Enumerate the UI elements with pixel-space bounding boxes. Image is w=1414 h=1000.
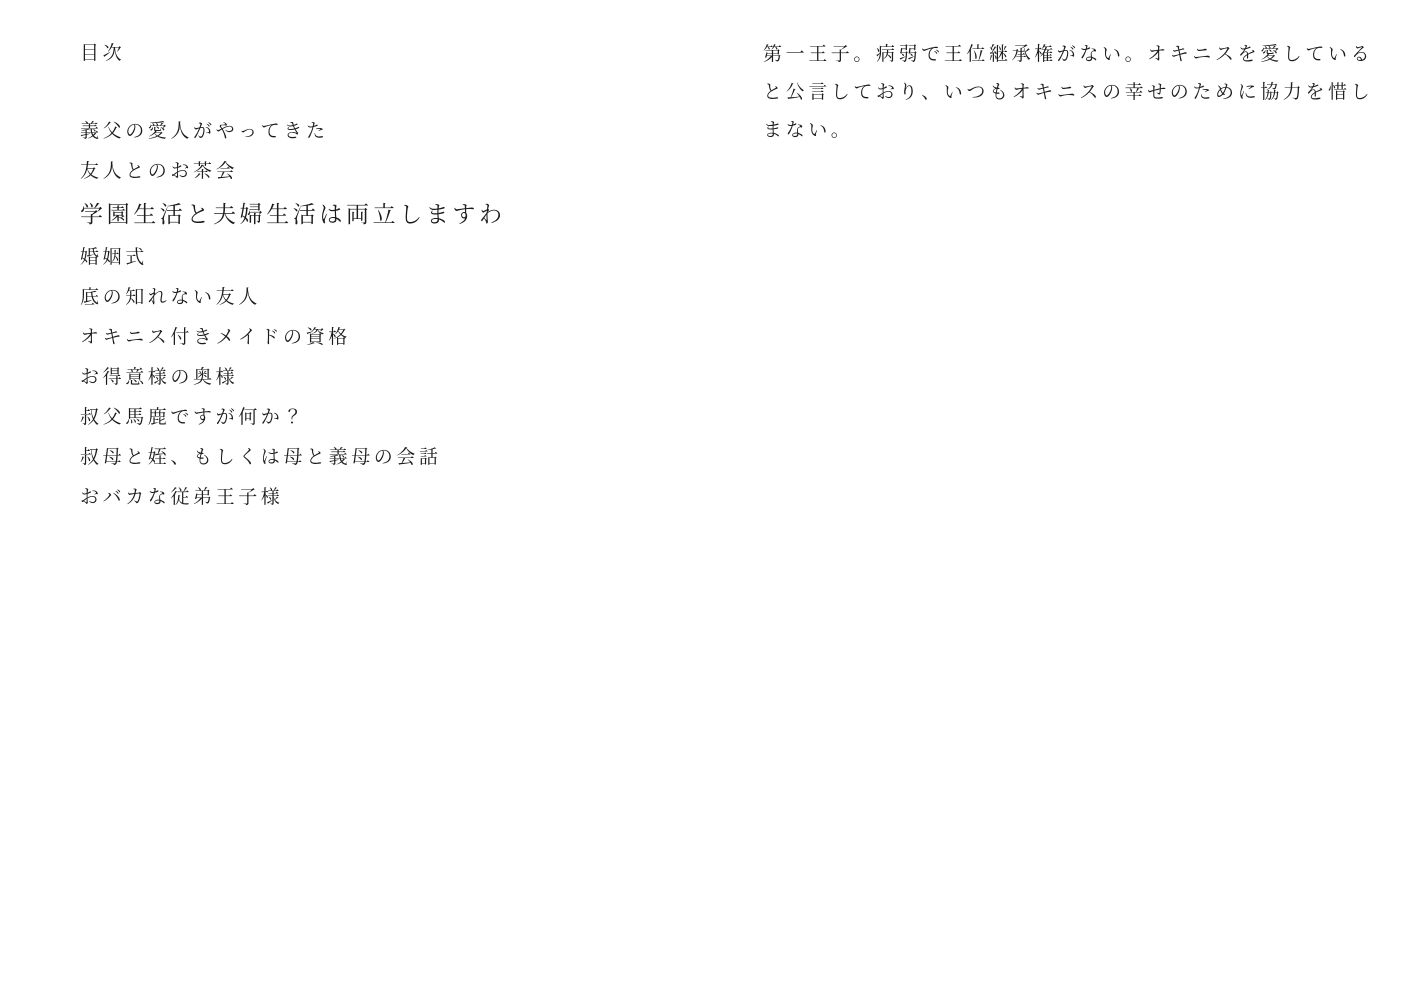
text-line: と公言しており、いつもオキニスの幸せのために協力を惜し: [763, 74, 1388, 112]
toc-list: 義父の愛人がやってきた 友人とのお茶会 学園生活と夫婦生活は両立しますわ 婚姻式…: [80, 112, 506, 518]
toc-item[interactable]: 叔母と姪、もしくは母と義母の会話: [80, 438, 506, 478]
toc-item[interactable]: オキニス付きメイドの資格: [80, 318, 506, 358]
toc-item[interactable]: 友人とのお茶会: [80, 152, 506, 192]
toc-item[interactable]: 婚姻式: [80, 238, 506, 278]
character-description: 第一王子。病弱で王位継承権がない。オキニスを愛している と公言しており、いつもオ…: [763, 36, 1388, 150]
text-line: まない。: [763, 112, 1388, 150]
toc-item-emphasized[interactable]: 学園生活と夫婦生活は両立しますわ: [80, 192, 506, 238]
toc-item[interactable]: お得意様の奥様: [80, 358, 506, 398]
toc-item[interactable]: 底の知れない友人: [80, 278, 506, 318]
text-line: 第一王子。病弱で王位継承権がない。オキニスを愛している: [763, 36, 1388, 74]
toc-item[interactable]: おバカな従弟王子様: [80, 478, 506, 518]
toc-item[interactable]: 叔父馬鹿ですが何か？: [80, 398, 506, 438]
toc-heading: 目次: [80, 34, 125, 74]
toc-item[interactable]: 義父の愛人がやってきた: [80, 112, 506, 152]
